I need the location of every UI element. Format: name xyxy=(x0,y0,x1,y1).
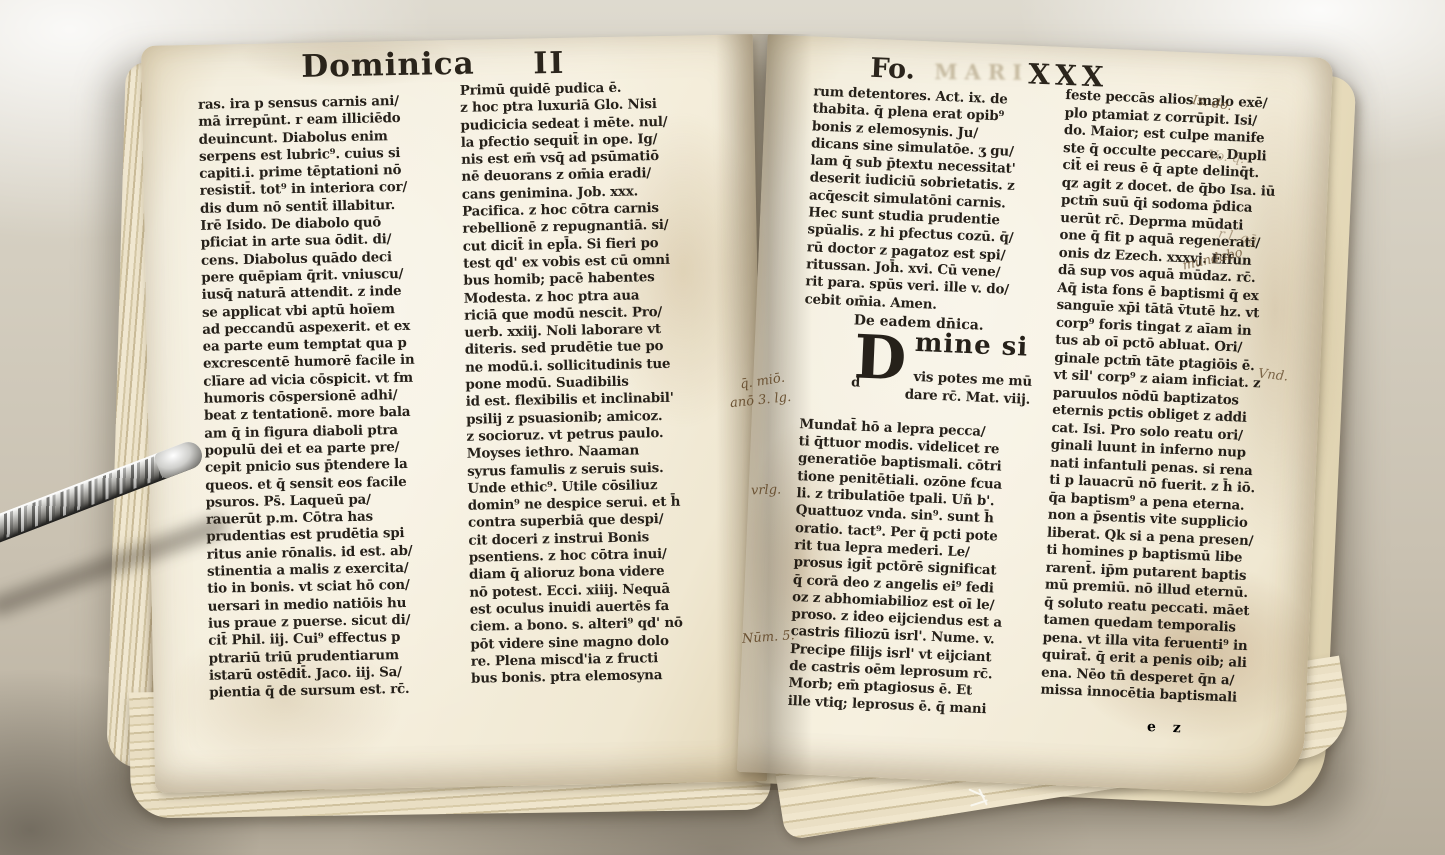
column-1-upper-lines: rum detentores. Act. ix. dethabita. q̄ p… xyxy=(804,83,1063,318)
marginalia-note: Vnd. xyxy=(1257,366,1289,384)
incipit-block: D mine si d vis potes me mū dare rc̄. Ma… xyxy=(800,328,1053,426)
right-page: Fo. MARI XXX rum detentores. Act. ix. de… xyxy=(737,34,1333,795)
photo-backdrop: Dominica II ras. ira p sensus carnis ani… xyxy=(0,0,1445,855)
signature-mark: e z xyxy=(1147,719,1187,737)
ghost-stamp: MARI xyxy=(934,59,1029,85)
guide-letter: d xyxy=(851,374,861,392)
marginalia-note: vrlg. xyxy=(751,482,782,498)
right-page-column-1: rum detentores. Act. ix. dethabita. q̄ p… xyxy=(787,83,1063,720)
left-page-numeral: II xyxy=(533,46,566,82)
right-page-column-2: feste peccās alios malo exē/plo ptamiat … xyxy=(1040,87,1317,710)
left-page: Dominica II ras. ira p sensus carnis ani… xyxy=(141,34,767,793)
left-page-column-2: Primū quidē pudica ē.z hoc ptra luxuriā … xyxy=(460,78,724,688)
drop-cap-initial: D xyxy=(853,328,907,388)
column-1-lower-lines: Mundat̄ hō a lepra pecca/ti q̄ttuor modi… xyxy=(787,416,1049,720)
left-page-running-title: Dominica xyxy=(301,46,475,85)
incipit-first-line: mine si xyxy=(915,335,1029,357)
left-page-column-1: ras. ira p sensus carnis ani/mā irrepūnt… xyxy=(198,92,460,702)
folio-label: Fo. xyxy=(870,53,916,86)
text-line: pientia q̄ de sursum est. rc̄. xyxy=(209,680,459,702)
text-line: bus bonis. ptra elemosyna xyxy=(471,666,723,688)
